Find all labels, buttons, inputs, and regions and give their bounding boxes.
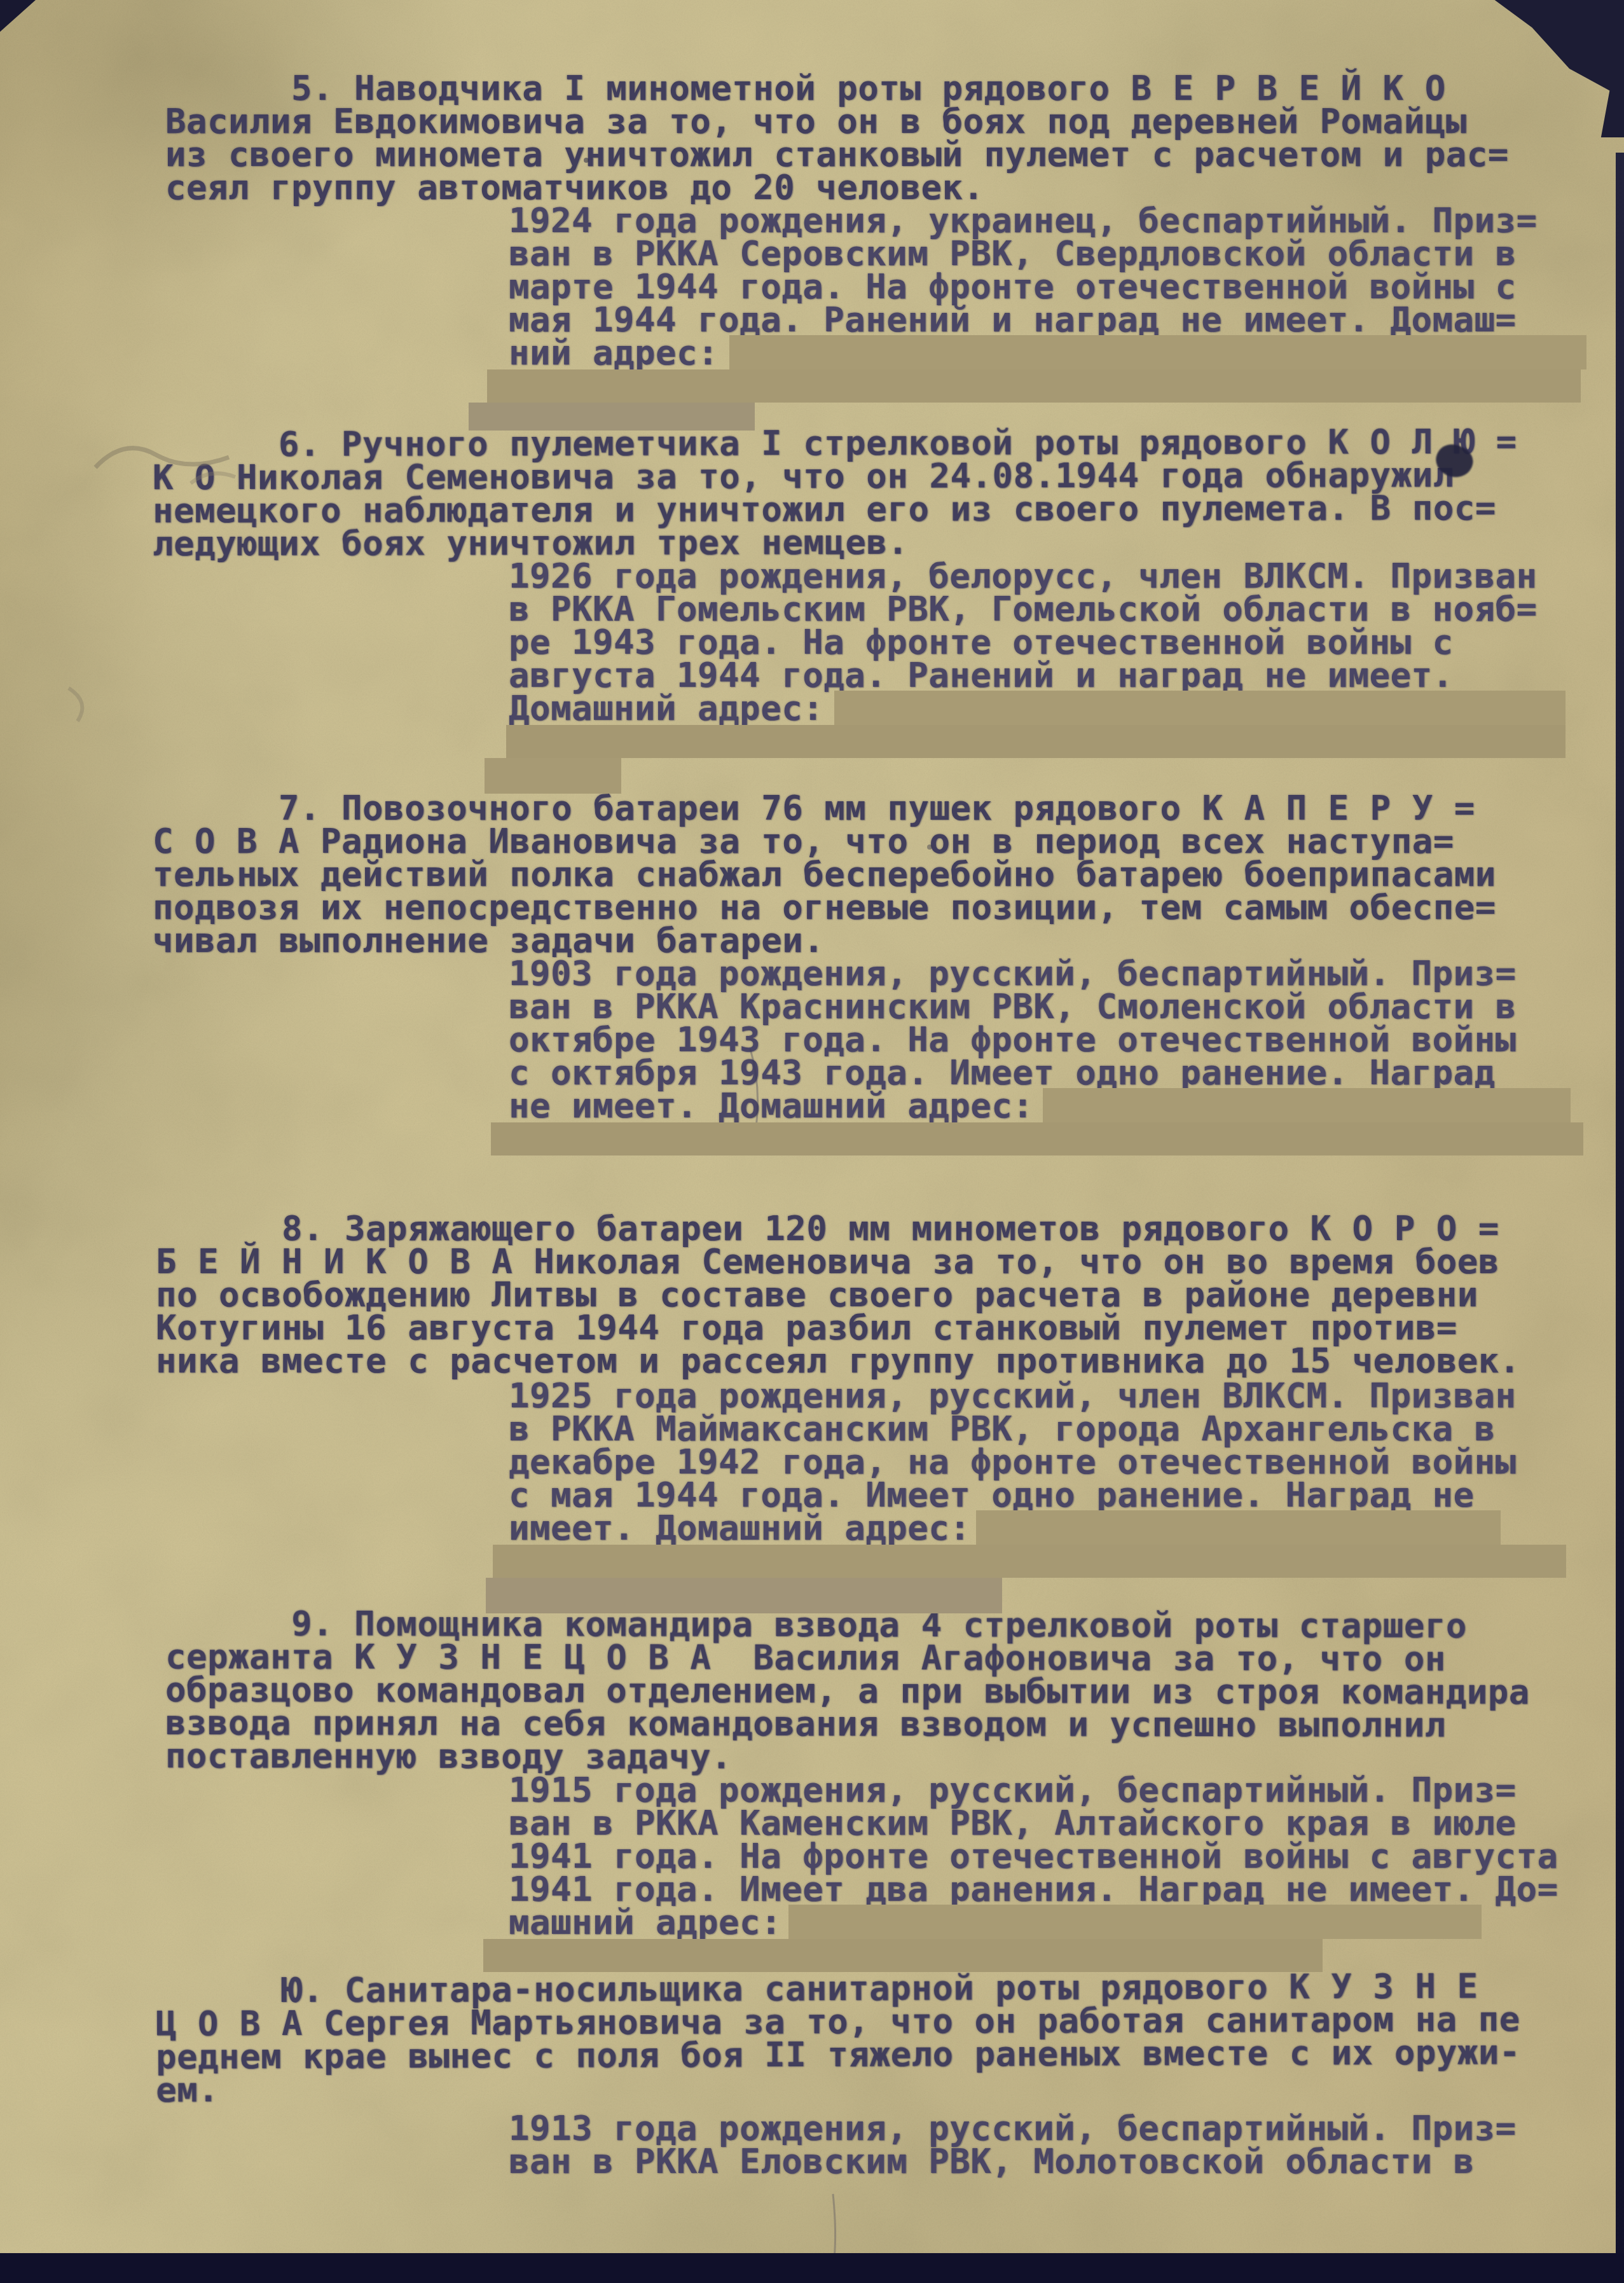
redaction-block [834,691,1566,725]
scanned-document-page: { "document": { "language": "ru", "kind_… [0,0,1624,2283]
redaction-block [976,1510,1501,1545]
redaction-block [491,1122,1583,1155]
redaction-block [506,725,1566,758]
scan-edge-right [1616,153,1624,2283]
redaction-block [485,758,621,794]
redaction-block [469,403,755,431]
redaction-block [493,1545,1566,1578]
redaction-block [486,1578,1002,1613]
redaction-block [483,1939,1323,1972]
redaction-block [729,335,1586,369]
redaction-block [487,369,1581,403]
redaction-block [788,1905,1482,1939]
scan-edge-bottom [0,2253,1624,2283]
redaction-block [1043,1088,1571,1122]
